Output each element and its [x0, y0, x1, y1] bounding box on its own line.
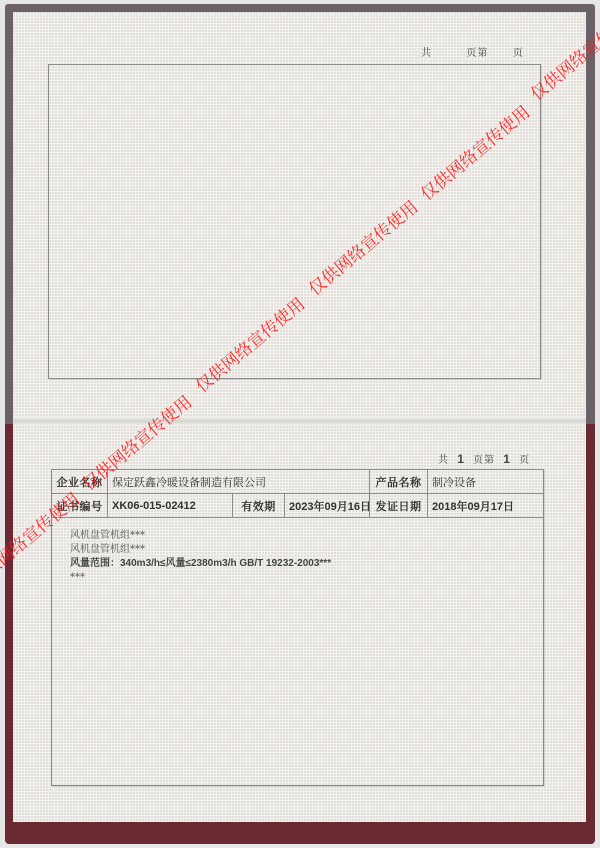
- company-name: 保定跃鑫冷暖设备制造有限公司: [108, 470, 370, 494]
- end-label: 页: [519, 455, 530, 466]
- total-label: 共: [438, 455, 449, 466]
- issue-date-label: 发证日期: [370, 494, 428, 518]
- page-label: 页第: [473, 455, 495, 466]
- validity-date: 2023年09月16日: [285, 494, 370, 518]
- top-page-indicator: 共 页第 页: [421, 44, 524, 59]
- detail-line: 风机盘管机组***: [70, 529, 331, 543]
- detail-line: ***: [70, 571, 331, 585]
- current-page: 1: [503, 452, 511, 466]
- certificate-table: 企业名称 保定跃鑫冷暖设备制造有限公司 产品名称 制冷设备 证书编号 XK06-…: [51, 469, 544, 518]
- issue-date: 2018年09月17日: [428, 494, 544, 518]
- product-details: 风机盘管机组*** 风机盘管机组*** 风量范围：340m3/h≤风量≤2380…: [70, 529, 331, 585]
- cert-no: XK06-015-02412: [108, 494, 233, 518]
- end-label: 页: [513, 48, 524, 59]
- detail-line: 风机盘管机组***: [70, 543, 331, 557]
- validity-label: 有效期: [233, 494, 285, 518]
- product-name: 制冷设备: [428, 470, 544, 494]
- table-row: 证书编号 XK06-015-02412 有效期 2023年09月16日 发证日期…: [52, 494, 544, 518]
- page-label: 页第: [466, 48, 488, 59]
- top-page-frame: [48, 64, 541, 379]
- bottom-page-indicator: 共 1 页第 1 页: [438, 451, 530, 466]
- total-pages: 1: [457, 452, 465, 466]
- product-name-label: 产品名称: [370, 470, 428, 494]
- total-label: 共: [421, 48, 432, 59]
- table-row: 企业名称 保定跃鑫冷暖设备制造有限公司 产品名称 制冷设备: [52, 470, 544, 494]
- page-fold: [13, 417, 586, 425]
- detail-line: 风量范围：340m3/h≤风量≤2380m3/h GB/T 19232-2003…: [70, 557, 331, 571]
